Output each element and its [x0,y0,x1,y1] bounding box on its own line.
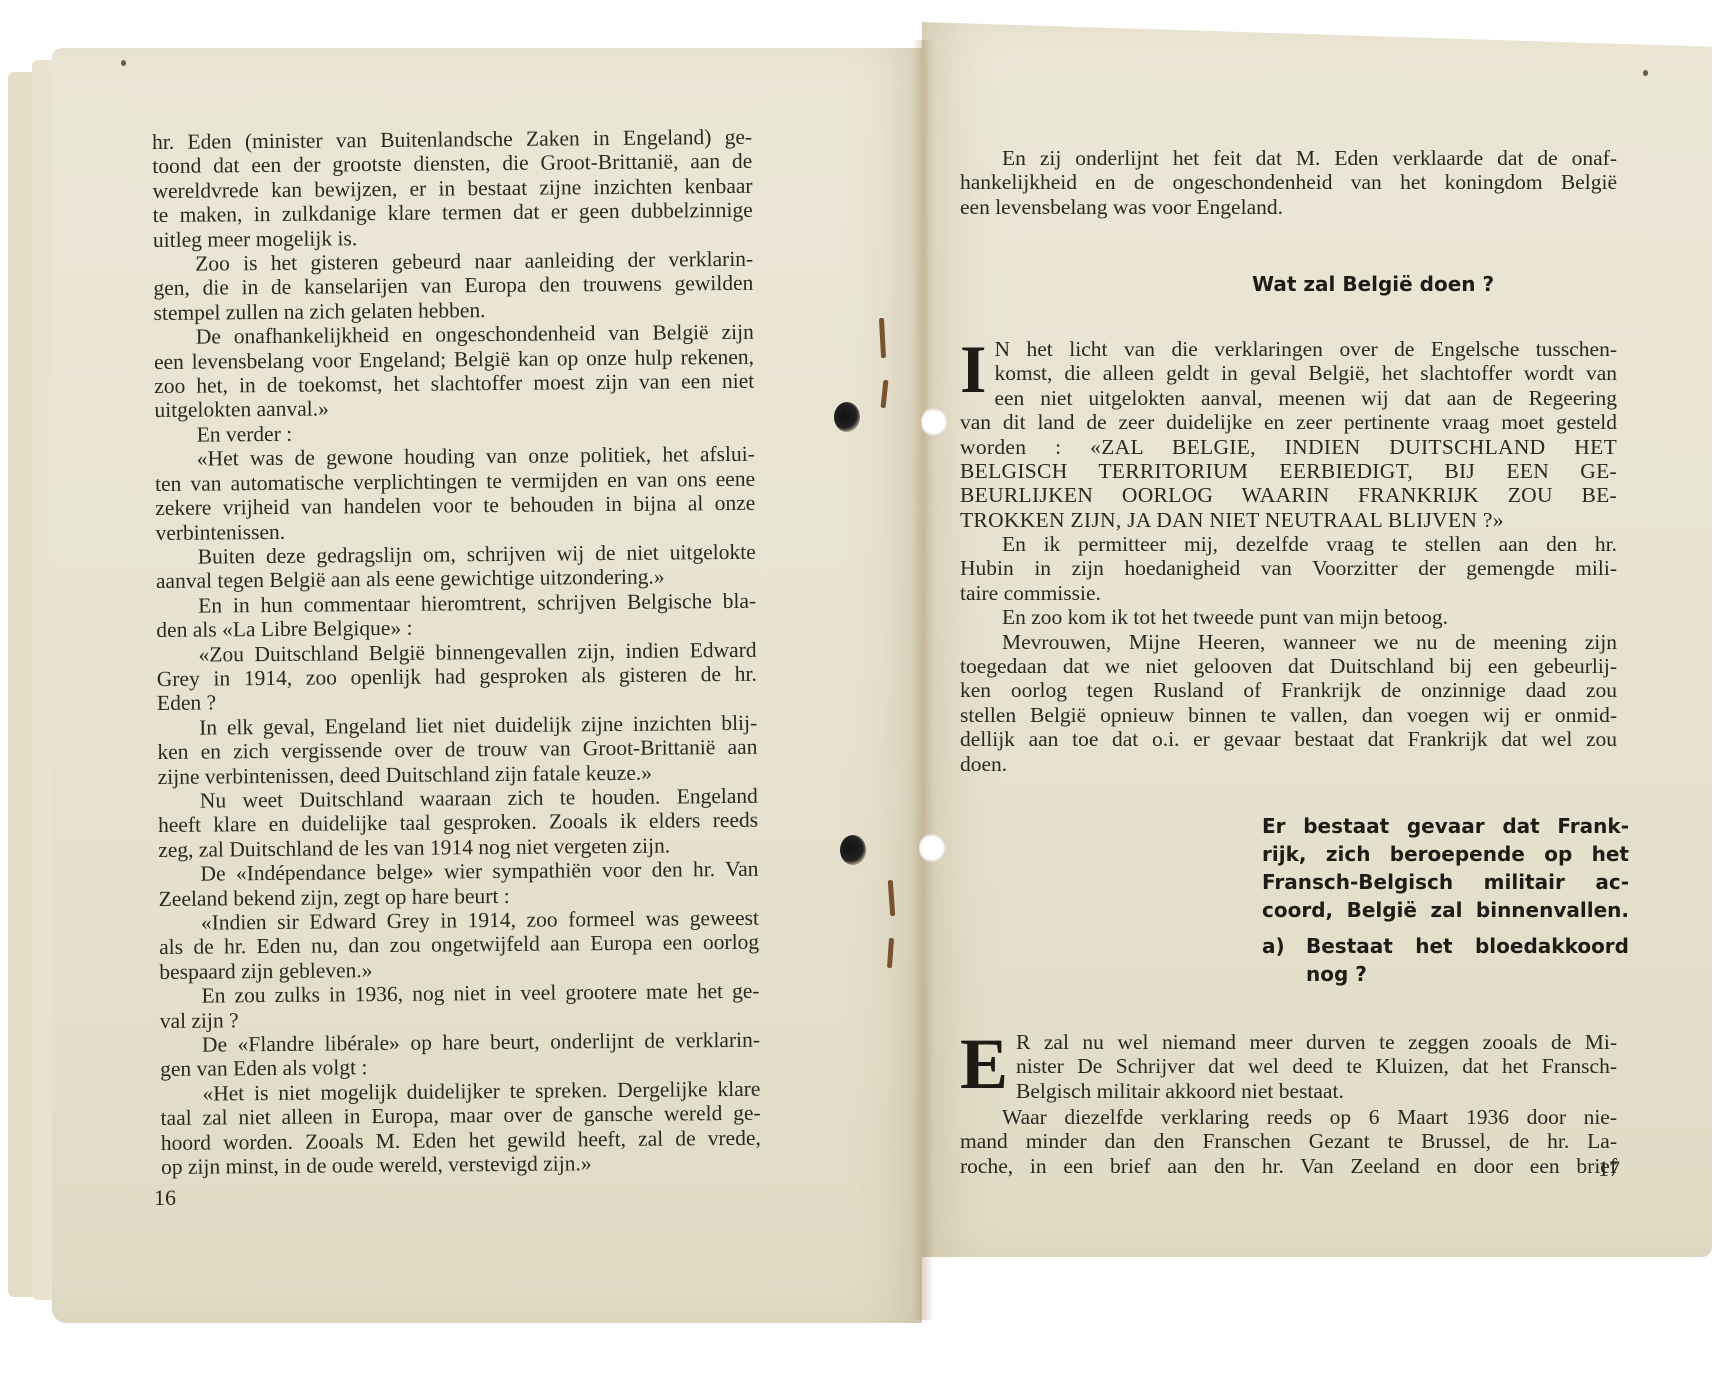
punch-hole [840,835,866,865]
text-line: roche, in een brief aan den hr. Van Zeel… [960,1154,1617,1178]
text-line: Waar diezelfde verklaring reeds op 6 Maa… [960,1105,1617,1129]
text-line: komst, die alleen geldt in geval België,… [960,361,1617,385]
drop-cap-letter: E [960,1034,1008,1094]
text-line: En zou zulks in 1936, nog niet in veel g… [159,979,759,1009]
text-line: Er bestaat gevaar dat Frank- [1262,812,1629,840]
right-page-body: En ik permitteer mij, dezelfde vraag te … [960,532,1617,776]
callout-sub-item: a) Bestaat het bloedakkoordnog ? [1262,932,1629,988]
text-line: nog ? [1306,960,1629,988]
text-line: een levensbelang was voor Engeland. [960,195,1617,219]
page-number-right: 17 [1598,1156,1620,1182]
text-line: toegedaan dat we niet gelooven dat Duits… [960,654,1617,678]
drop-cap-paragraph-1: I N het licht van die verklaringen over … [960,337,1617,532]
text-line: zekere vrijheid van handelen voor te beh… [155,491,755,521]
text-line: En ik permitteer mij, dezelfde vraag te … [960,532,1617,556]
text-line: rijk, zich beroepende op het [1262,840,1629,868]
drop-cap-letter: I [960,341,986,397]
open-booklet: hr. Eden (minister van Buitenlandsche Za… [0,0,1735,1400]
punch-hole [921,407,947,437]
text-line: BELGISCH TERRITORIUM EERBIEDIGT, BIJ EEN… [960,459,1617,483]
text-line: mand minder dan den Franschen Gezant te … [960,1129,1617,1153]
right-page-closing: Waar diezelfde verklaring reeds op 6 Maa… [960,1105,1617,1178]
text-line: een niet uitgelokten aanval, meenen wij … [960,386,1617,410]
punch-hole [919,833,945,863]
drop-cap-paragraph-2: E R zal nu wel niemand meer durven te ze… [960,1030,1617,1103]
text-line: En zoo kom ik tot het tweede punt van mi… [960,605,1617,629]
text-line: nister De Schrijver dat wel deed te Klui… [960,1054,1617,1078]
text-line: dellijk aan toe dat o.i. er gevaar besta… [960,727,1617,751]
text-line: ken oorlog tegen Rusland of Frankrijk de… [960,678,1617,702]
page-number-left: 16 [154,1185,176,1211]
section-heading: Wat zal België doen ? [1252,272,1494,296]
text-line: TROKKEN ZIJN, JA DAN NIET NEUTRAAL BLIJV… [960,508,1617,532]
text-line: stellen België opnieuw binnen te vallen,… [960,703,1617,727]
text-line: worden : «ZAL BELGIE, INDIEN DUITSCHLAND… [960,435,1617,459]
text-line: Mevrouwen, Mijne Heeren, wanneer we nu d… [960,630,1617,654]
text-line: De «Indépendance belge» wier sympathiën … [158,857,758,887]
paper-speck [121,60,126,66]
text-line: N het licht van die verklaringen over de… [960,337,1617,361]
text-line: taire commissie. [960,581,1617,605]
text-line: doen. [960,752,1617,776]
text-line: R zal nu wel niemand meer durven te zegg… [960,1030,1617,1054]
callout-box: Er bestaat gevaar dat Frank-rijk, zich b… [1262,812,1629,988]
text-line: van dit land de zeer duidelijke en zeer … [960,410,1617,434]
binding-gutter [912,40,934,1320]
text-line: coord, België zal binnenvallen. [1262,896,1629,924]
sub-item-label: a) [1262,932,1306,988]
text-line: Fransch-Belgisch militair ac- [1262,868,1629,896]
text-line: Belgisch militair akkoord niet bestaat. [960,1079,1617,1103]
paper-speck [1643,70,1648,76]
text-line: op zijn minst, in de oude wereld, verste… [161,1150,761,1180]
text-line: hankelijkheid en de ongeschondenheid van… [960,170,1617,194]
right-page-intro: En zij onderlijnt het feit dat M. Eden v… [960,146,1617,219]
left-page-body: hr. Eden (minister van Buitenlandsche Za… [152,125,761,1180]
text-line: En zij onderlijnt het feit dat M. Eden v… [960,146,1617,170]
text-line: Bestaat het bloedakkoord [1306,932,1629,960]
text-line: BEURLIJKEN OORLOG WAARIN FRANKRIJK ZOU B… [960,483,1617,507]
text-line: ken en zich vergissende over de trouw va… [157,735,757,765]
text-line: Hubin in zijn hoedanigheid van Voorzitte… [960,556,1617,580]
punch-hole [834,402,860,432]
text-line: als de hr. Eden nu, dan zou ongetwijfeld… [159,930,759,960]
